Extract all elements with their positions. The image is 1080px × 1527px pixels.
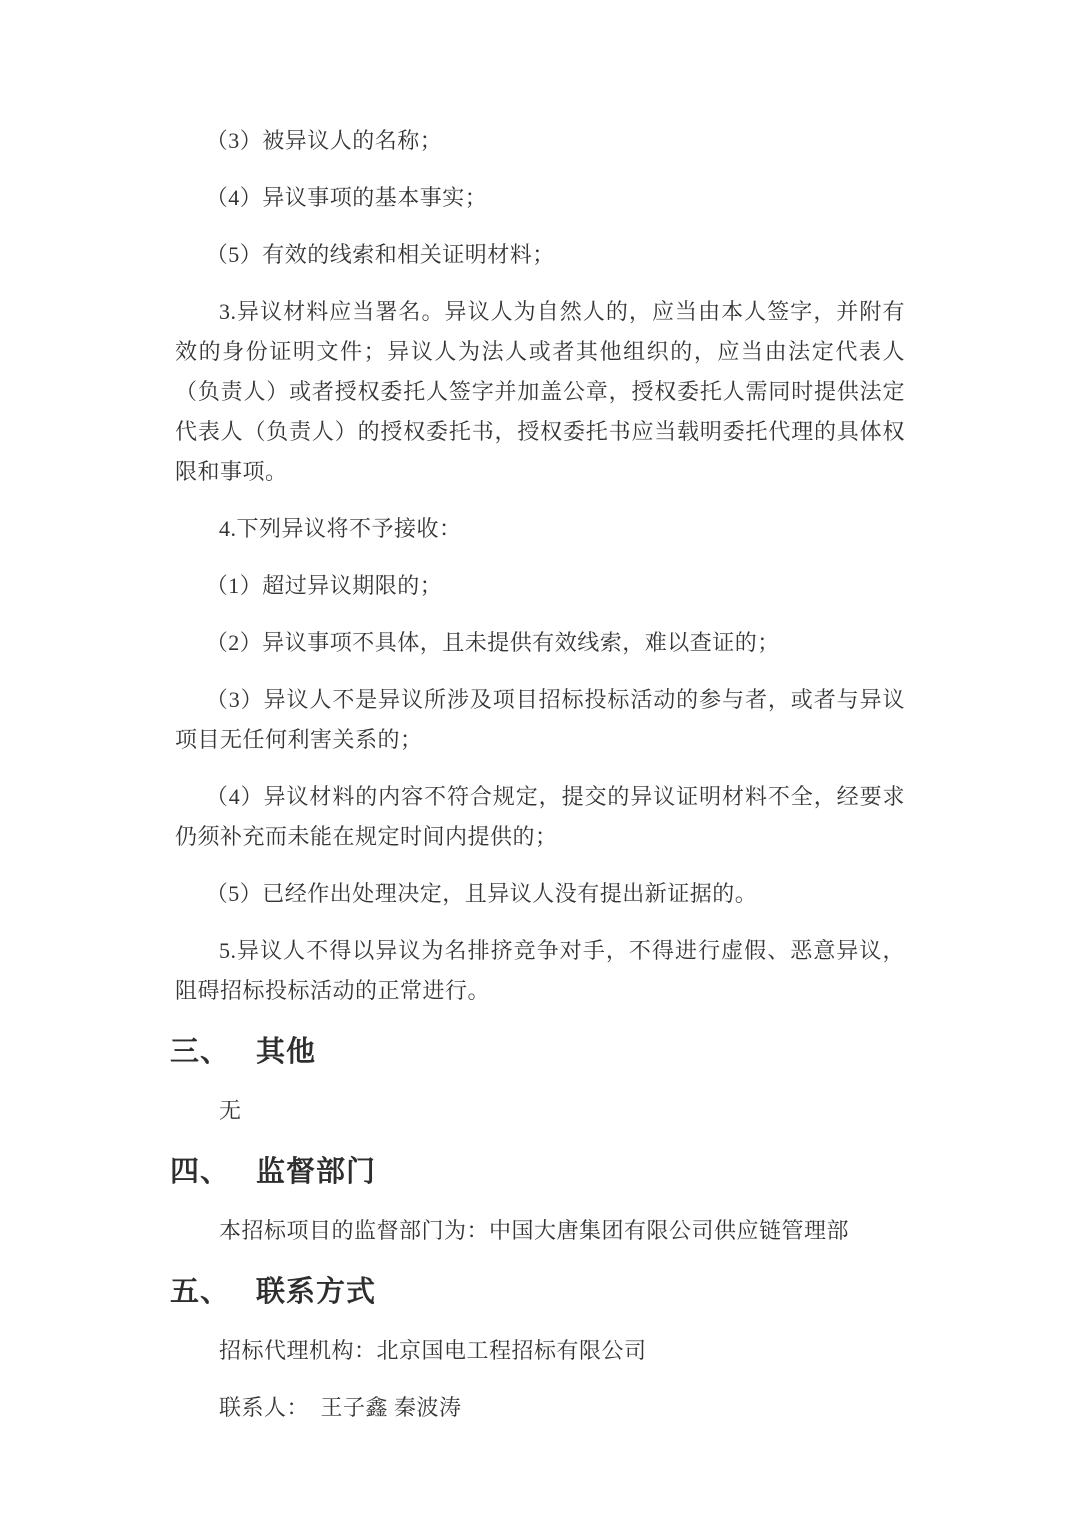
body-paragraph: 本招标项目的监督部门为：中国大唐集团有限公司供应链管理部 bbox=[175, 1211, 905, 1251]
section-title: 其他 bbox=[256, 1036, 316, 1068]
body-paragraph: 联系人： 王子鑫 秦波涛 bbox=[175, 1388, 905, 1428]
body-paragraph: 招标代理机构：北京国电工程招标有限公司 bbox=[175, 1331, 905, 1371]
list-item-paragraph: （5）已经作出处理决定，且异议人没有提出新证据的。 bbox=[175, 874, 905, 914]
list-item-paragraph: （3）被异议人的名称； bbox=[175, 121, 905, 161]
body-paragraph: 无 bbox=[175, 1091, 905, 1131]
section-heading: 三、其他 bbox=[170, 1028, 905, 1076]
list-item-paragraph: （3）异议人不是异议所涉及项目招标投标活动的参与者，或者与异议项目无任何利害关系… bbox=[175, 680, 905, 760]
list-item-paragraph: （4）异议材料的内容不符合规定，提交的异议证明材料不全，经要求仍须补充而未能在规… bbox=[175, 777, 905, 857]
body-paragraph: 3.异议材料应当署名。异议人为自然人的，应当由本人签字，并附有效的身份证明文件；… bbox=[175, 292, 905, 492]
section-heading: 四、监督部门 bbox=[170, 1148, 905, 1196]
list-item-paragraph: （5）有效的线索和相关证明材料； bbox=[175, 235, 905, 275]
section-title: 联系方式 bbox=[256, 1276, 376, 1308]
list-item-paragraph: （1）超过异议期限的； bbox=[175, 566, 905, 606]
list-item-paragraph: （2）异议事项不具体，且未提供有效线索，难以查证的； bbox=[175, 623, 905, 663]
list-item-paragraph: （4）异议事项的基本事实； bbox=[175, 178, 905, 218]
section-title: 监督部门 bbox=[256, 1156, 376, 1188]
section-number: 五、 bbox=[170, 1268, 230, 1316]
document-body: （3）被异议人的名称；（4）异议事项的基本事实；（5）有效的线索和相关证明材料；… bbox=[175, 121, 905, 1445]
section-number: 三、 bbox=[170, 1028, 230, 1076]
body-paragraph: 4.下列异议将不予接收： bbox=[175, 509, 905, 549]
body-paragraph: 5.异议人不得以异议为名排挤竞争对手，不得进行虚假、恶意异议，阻碍招标投标活动的… bbox=[175, 931, 905, 1011]
section-heading: 五、联系方式 bbox=[170, 1268, 905, 1316]
document-page: （3）被异议人的名称；（4）异议事项的基本事实；（5）有效的线索和相关证明材料；… bbox=[0, 0, 1080, 1527]
section-number: 四、 bbox=[170, 1148, 230, 1196]
